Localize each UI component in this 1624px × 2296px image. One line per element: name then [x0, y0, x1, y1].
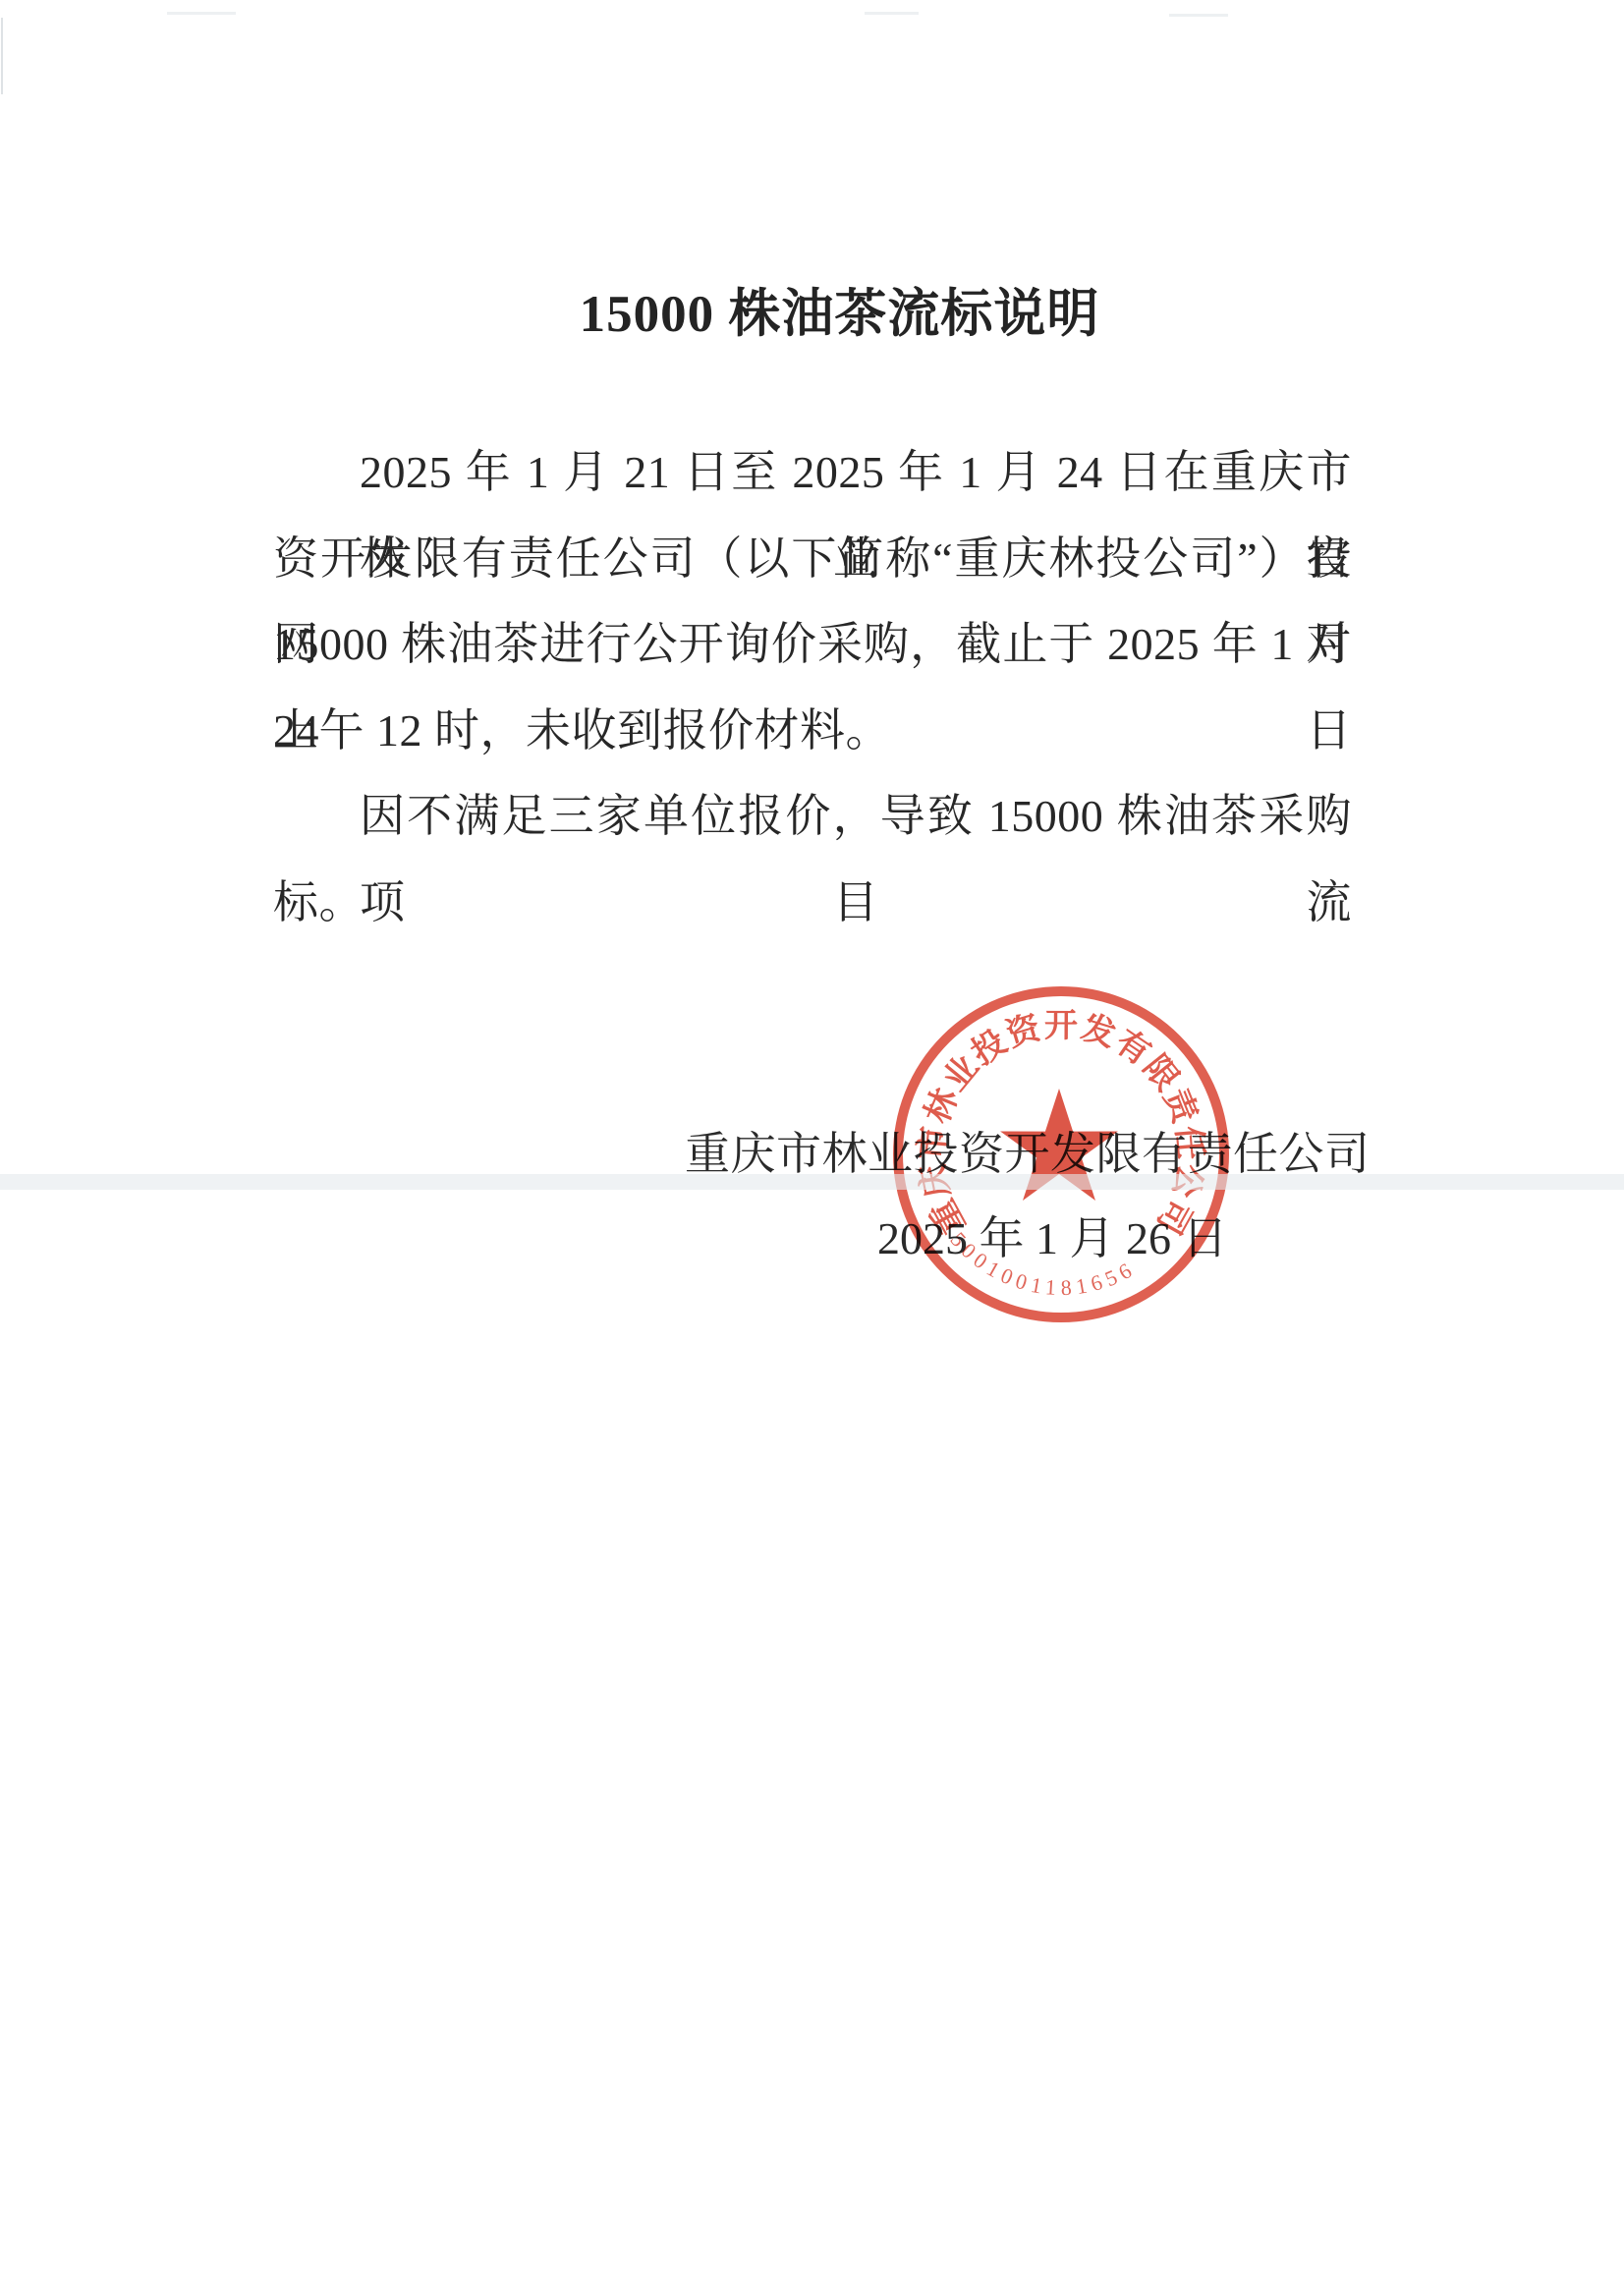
body-line: 15000 株油茶进行公开询价采购，截止于 2025 年 1 月 24 日 — [273, 601, 1352, 688]
body-line: 2025 年 1 月 21 日至 2025 年 1 月 24 日在重庆市林业投 — [273, 429, 1352, 516]
document-title: 15000 株油茶流标说明 — [0, 278, 1624, 351]
seal-star-icon — [1000, 1089, 1118, 1201]
scanned-document-page: 15000 株油茶流标说明 2025 年 1 月 21 日至 2025 年 1 … — [0, 0, 1624, 2296]
document-body: 2025 年 1 月 21 日至 2025 年 1 月 24 日在重庆市林业投资… — [273, 429, 1352, 945]
body-line: 因不满足三家单位报价，导致 15000 株油茶采购项目流 — [273, 773, 1352, 860]
body-line: 资开发限有责任公司（以下简称“重庆林投公司”）官网对 — [273, 516, 1352, 602]
company-seal-stamp-icon: 重庆市林业投资开发有限责任公司 5001001181656 — [889, 982, 1233, 1326]
scanner-artifact-dash — [865, 12, 919, 15]
scanner-artifact-dash — [167, 12, 236, 15]
scanner-artifact-dash — [1169, 14, 1228, 17]
scanner-artifact-edge — [1, 18, 3, 94]
